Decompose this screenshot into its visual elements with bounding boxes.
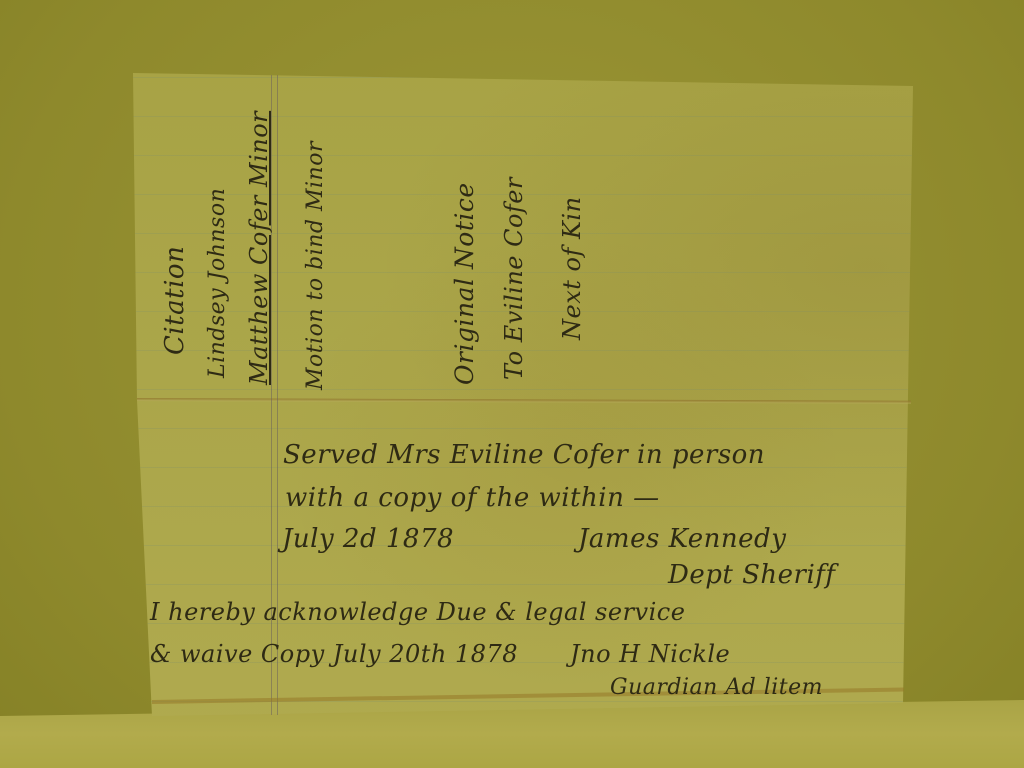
ack-line-1: I hereby acknowledge Due & legal service — [150, 598, 685, 626]
docket-notice: Original Notice — [450, 182, 479, 385]
docket-party-1: Lindsey Johnson — [205, 188, 230, 378]
service-date: July 2d 1878 — [282, 524, 454, 554]
service-line-2: with a copy of the within — — [285, 483, 660, 513]
service-line-1: Served Mrs Eviline Cofer in person — [283, 440, 765, 470]
docket-recipient: To Eviline Cofer — [500, 177, 528, 380]
ack-line-2: & waive Copy July 20th 1878 — [150, 640, 518, 668]
docket-title: Citation — [160, 246, 190, 355]
docket-relation: Next of Kin — [558, 196, 586, 340]
docket-motion: Motion to bind Minor — [303, 141, 328, 390]
service-title: Dept Sheriff — [668, 560, 836, 590]
docket-party-2: Matthew Cofer Minor — [245, 111, 273, 385]
service-signature: James Kennedy — [578, 524, 786, 554]
ack-signature: Jno H Nickle — [570, 640, 730, 668]
ack-title: Guardian Ad litem — [610, 675, 823, 700]
